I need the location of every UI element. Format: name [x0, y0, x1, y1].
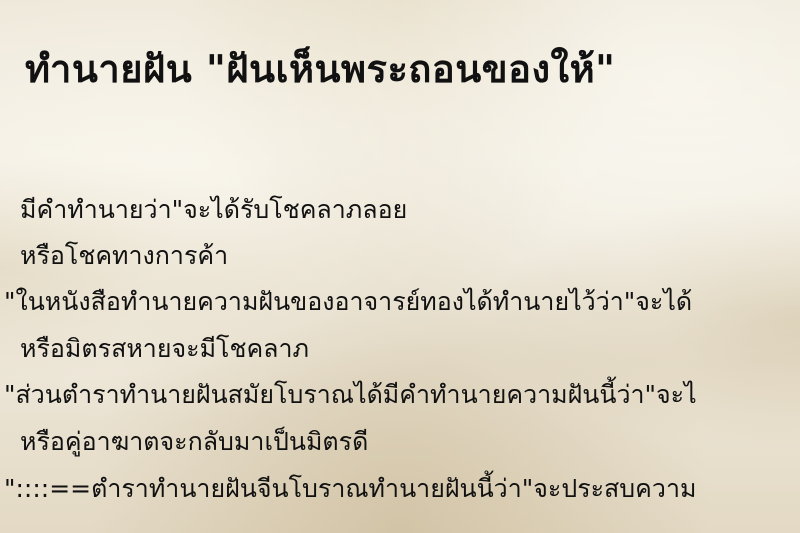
page-title: ทำนายฝัน "ฝันเห็นพระถอนของให้" [25, 37, 615, 101]
text-line-2: หรือโชคทางการค้า [20, 234, 228, 278]
text-line-4: หรือมิตรสหายจะมีโชคลาภ [20, 327, 309, 371]
text-line-7: "::::==ตำราทำนายฝันจีนโบราณทำนายฝันนี้ว่… [4, 467, 696, 511]
text-line-3: "ในหนังสือทำนายความฝันของอาจารย์ทองได้ทำ… [4, 280, 692, 324]
text-line-6: หรือคู่อาฆาตจะกลับมาเป็นมิตรดี [20, 420, 368, 464]
dream-interpretation-page: ทำนายฝัน "ฝันเห็นพระถอนของให้" มีคำทำนาย… [0, 0, 800, 533]
text-line-5: "ส่วนตำราทำนายฝันสมัยโบราณได้มีคำทำนายคว… [4, 373, 697, 417]
text-line-1: มีคำทำนายว่า"จะได้รับโชคลาภลอย [20, 188, 407, 232]
